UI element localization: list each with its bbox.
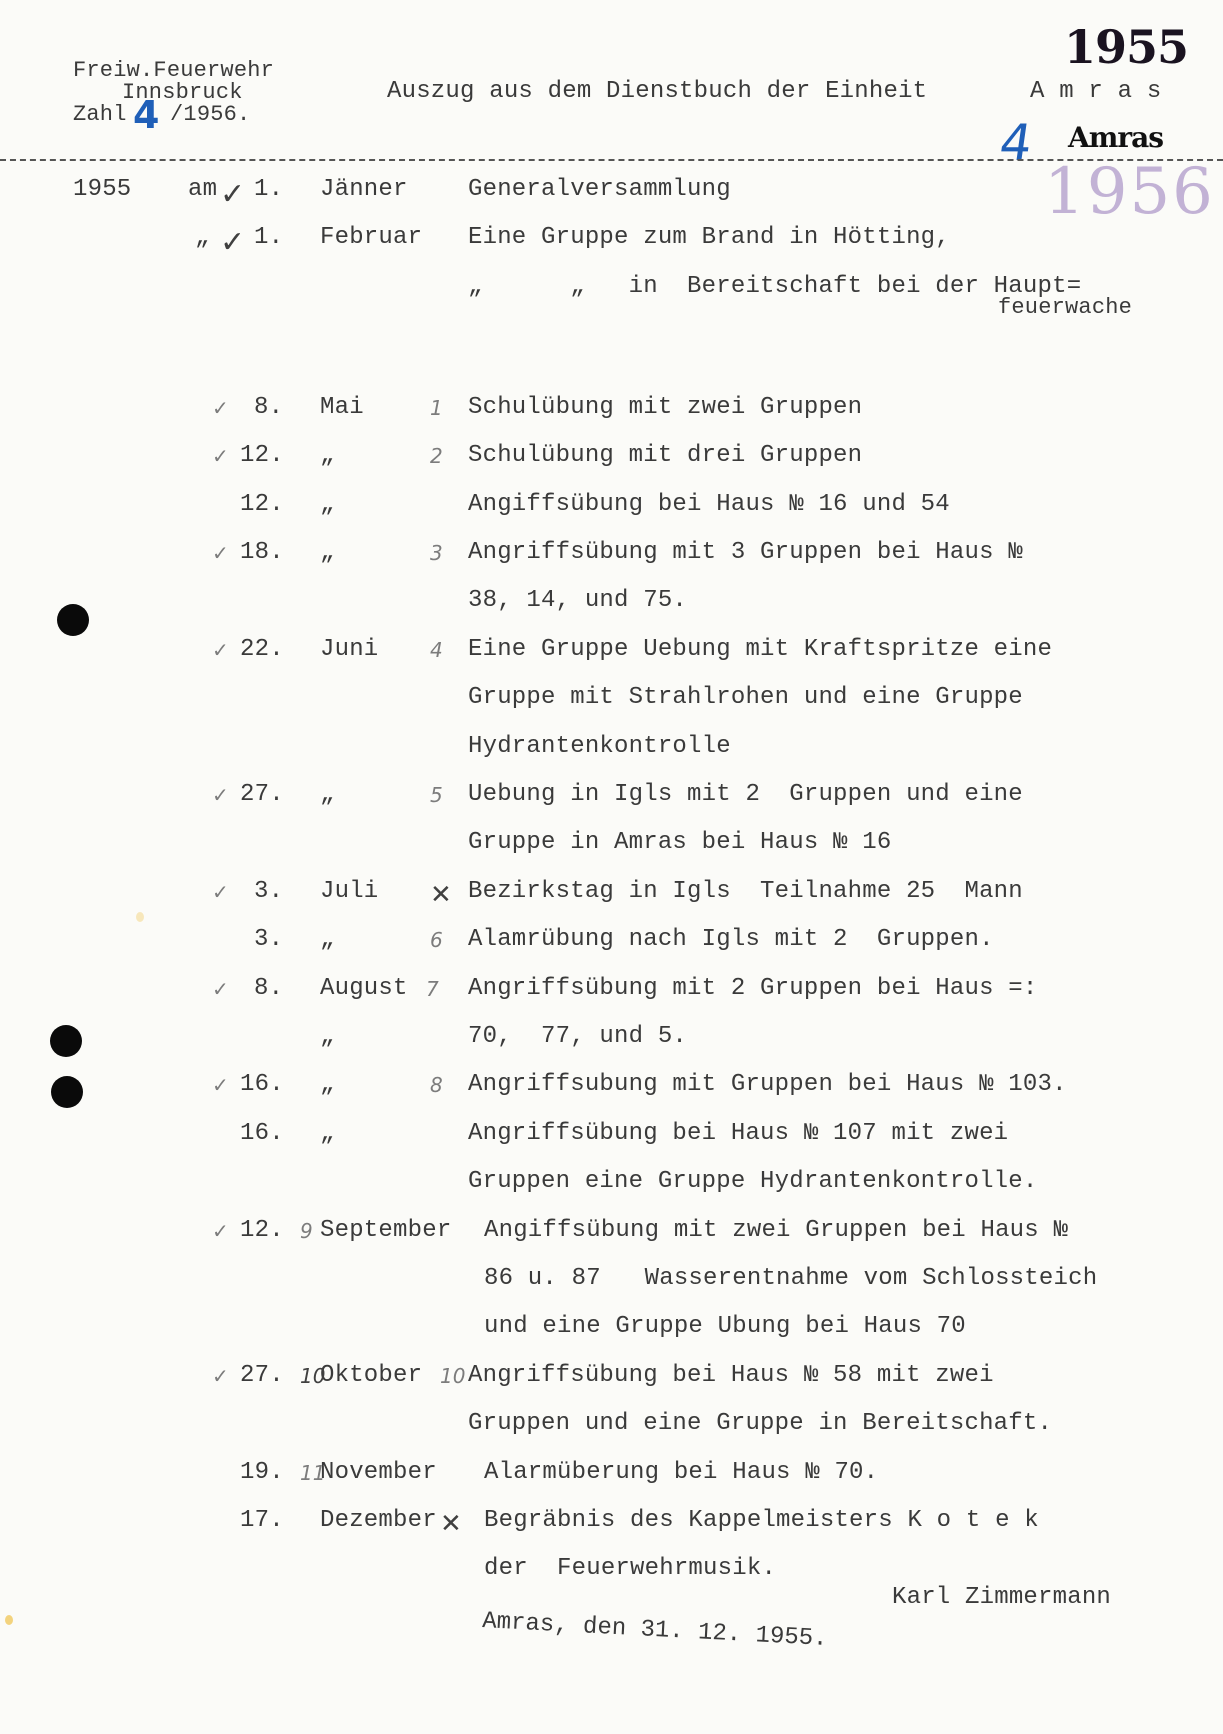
entry-serial-number: 2 bbox=[430, 446, 443, 466]
entry-day: 8. bbox=[254, 396, 283, 420]
entry-text: Begräbnis des Kappelmeisters K o t e k bbox=[484, 1509, 1039, 1533]
entry-prefix: am bbox=[188, 178, 217, 202]
reference-number: Zahl /1956. bbox=[73, 104, 250, 126]
paper-stain bbox=[136, 912, 144, 922]
entry-text: Hydrantenkontrolle bbox=[468, 735, 731, 759]
signatory-name: Karl Zimmermann bbox=[892, 1586, 1111, 1610]
entry-serial-number: 10 bbox=[440, 1366, 465, 1386]
entry-month: Juni bbox=[320, 638, 378, 662]
entry-text: Angriffsübung mit 3 Gruppen bei Haus № bbox=[468, 541, 1023, 565]
unit-stamp: Amras bbox=[1068, 124, 1163, 152]
check-mark-icon: ✓ bbox=[212, 640, 229, 660]
entry-text: Gruppen und eine Gruppe in Bereitschaft. bbox=[468, 1412, 1052, 1436]
unit-name: A m r a s bbox=[1030, 80, 1161, 104]
entry-day: 17. bbox=[240, 1509, 284, 1533]
entry-day: 1. bbox=[254, 226, 283, 250]
entry-text: Angriffsübung mit 2 Gruppen bei Haus =: bbox=[468, 977, 1038, 1001]
check-mark-icon: ✓ bbox=[212, 882, 229, 902]
entry-month: Jänner bbox=[320, 178, 408, 202]
punch-hole bbox=[57, 604, 89, 636]
entry-text: Alamrübung nach Igls mit 2 Gruppen. bbox=[468, 928, 994, 952]
entry-text: Alarmüberung bei Haus № 70. bbox=[484, 1461, 878, 1485]
entry-text: Uebung in Igls mit 2 Gruppen und eine bbox=[468, 783, 1023, 807]
entry-text-continuation: feuerwache bbox=[998, 297, 1132, 319]
entry-text: Angiffsübung mit zwei Gruppen bei Haus № bbox=[484, 1219, 1068, 1243]
check-mark-icon: ✓ bbox=[212, 398, 229, 418]
entry-text: Angriffsübung bei Haus № 58 mit zwei bbox=[468, 1364, 994, 1388]
entry-day: 1. bbox=[254, 178, 283, 202]
check-mark-icon: ✓ bbox=[212, 543, 229, 563]
entry-month: Dezember bbox=[320, 1509, 437, 1533]
entry-day: 3. bbox=[254, 928, 283, 952]
handwritten-ref-number: 4 bbox=[133, 96, 159, 134]
entry-month: „ bbox=[320, 541, 335, 565]
punch-hole bbox=[50, 1025, 82, 1057]
entry-day: 16. bbox=[240, 1073, 284, 1097]
entry-text: der Feuerwehrmusik. bbox=[484, 1557, 776, 1581]
entry-prefix: „ bbox=[195, 226, 210, 250]
entry-day: 27. bbox=[240, 783, 284, 807]
entry-serial-number: ✕ bbox=[440, 1511, 462, 1537]
entry-month: „ bbox=[320, 1025, 335, 1049]
entry-text: Angriffsübung bei Haus № 107 mit zwei bbox=[468, 1122, 1008, 1146]
year-stamp: 1955 bbox=[1064, 24, 1188, 70]
entry-month: Februar bbox=[320, 226, 422, 250]
entry-text: „ „ in Bereitschaft bei der Haupt= bbox=[468, 275, 1081, 299]
entry-text: 38, 14, und 75. bbox=[468, 589, 687, 613]
entry-text: Schulübung mit drei Gruppen bbox=[468, 444, 862, 468]
check-mark-icon: ✓ bbox=[212, 785, 229, 805]
entry-serial-number: 3 bbox=[430, 543, 443, 563]
entry-serial-number: 11 bbox=[300, 1463, 325, 1483]
entry-day: 27. bbox=[240, 1364, 284, 1388]
punch-hole bbox=[51, 1076, 83, 1108]
entry-month: November bbox=[320, 1461, 437, 1485]
entry-serial-number: 8 bbox=[430, 1075, 443, 1095]
entry-serial-number: 1 bbox=[430, 398, 443, 418]
entry-month: Juli bbox=[320, 880, 378, 904]
entry-text: Angriffsubung mit Gruppen bei Haus № 103… bbox=[468, 1073, 1067, 1097]
entry-text: 70, 77, und 5. bbox=[468, 1025, 687, 1049]
org-name: Freiw.Feuerwehr bbox=[73, 60, 274, 82]
document-title: Auszug aus dem Dienstbuch der Einheit bbox=[387, 80, 927, 104]
entry-year: 1955 bbox=[73, 178, 131, 202]
check-mark-icon: ✓ bbox=[220, 180, 245, 210]
entry-text: Schulübung mit zwei Gruppen bbox=[468, 396, 862, 420]
check-mark-icon: ✓ bbox=[212, 446, 229, 466]
entry-day: 16. bbox=[240, 1122, 284, 1146]
entry-text: Gruppe in Amras bei Haus № 16 bbox=[468, 831, 891, 855]
entry-text: Angiffsübung bei Haus № 16 und 54 bbox=[468, 493, 950, 517]
check-mark-icon: ✓ bbox=[220, 228, 245, 258]
entry-day: 8. bbox=[254, 977, 283, 1001]
entry-month: „ bbox=[320, 928, 335, 952]
place-date: Amras, den 31. 12. 1955. bbox=[482, 1608, 829, 1653]
entry-serial-number: 10 bbox=[300, 1366, 325, 1386]
entry-text: Gruppe mit Strahlrohen und eine Gruppe bbox=[468, 686, 1023, 710]
entry-month: „ bbox=[320, 1122, 335, 1146]
entry-serial-number: 6 bbox=[430, 930, 443, 950]
paper-stain bbox=[5, 1615, 13, 1625]
entry-month: „ bbox=[320, 493, 335, 517]
entry-text: und eine Gruppe Ubung bei Haus 70 bbox=[484, 1315, 966, 1339]
entry-day: 12. bbox=[240, 1219, 284, 1243]
check-mark-icon: ✓ bbox=[212, 1366, 229, 1386]
entry-month: Mai bbox=[320, 396, 364, 420]
entry-serial-number: 4 bbox=[430, 640, 443, 660]
entry-day: 22. bbox=[240, 638, 284, 662]
entry-serial-number: ✕ bbox=[430, 882, 452, 908]
entry-day: 12. bbox=[240, 493, 284, 517]
entry-serial-number: 5 bbox=[430, 785, 443, 805]
received-year-stamp: 1956 bbox=[1044, 160, 1215, 224]
check-mark-icon: ✓ bbox=[212, 979, 229, 999]
entry-month: Oktober bbox=[320, 1364, 422, 1388]
entry-text: Bezirkstag in Igls Teilnahme 25 Mann bbox=[468, 880, 1023, 904]
entry-day: 3. bbox=[254, 880, 283, 904]
entry-text: Eine Gruppe zum Brand in Hötting, bbox=[468, 226, 950, 250]
entry-month: „ bbox=[320, 783, 335, 807]
entry-day: 18. bbox=[240, 541, 284, 565]
header-divider bbox=[0, 159, 1223, 161]
ref-suffix: /1956. bbox=[170, 102, 250, 127]
entry-month: August bbox=[320, 977, 408, 1001]
entry-text: Eine Gruppe Uebung mit Kraftspritze eine bbox=[468, 638, 1052, 662]
check-mark-icon: ✓ bbox=[212, 1075, 229, 1095]
entry-serial-number: 9 bbox=[300, 1221, 313, 1241]
entry-day: 12. bbox=[240, 444, 284, 468]
entry-day: 19. bbox=[240, 1461, 284, 1485]
entry-text: 86 u. 87 Wasserentnahme vom Schlossteich bbox=[484, 1267, 1097, 1291]
entry-month: „ bbox=[320, 1073, 335, 1097]
ref-prefix: Zahl bbox=[73, 102, 140, 127]
entry-serial-number: 7 bbox=[426, 979, 439, 999]
entry-month: September bbox=[320, 1219, 451, 1243]
entry-text: Generalversammlung bbox=[468, 178, 731, 202]
entry-text: Gruppen eine Gruppe Hydrantenkontrolle. bbox=[468, 1170, 1038, 1194]
entry-month: „ bbox=[320, 444, 335, 468]
check-mark-icon: ✓ bbox=[212, 1221, 229, 1241]
